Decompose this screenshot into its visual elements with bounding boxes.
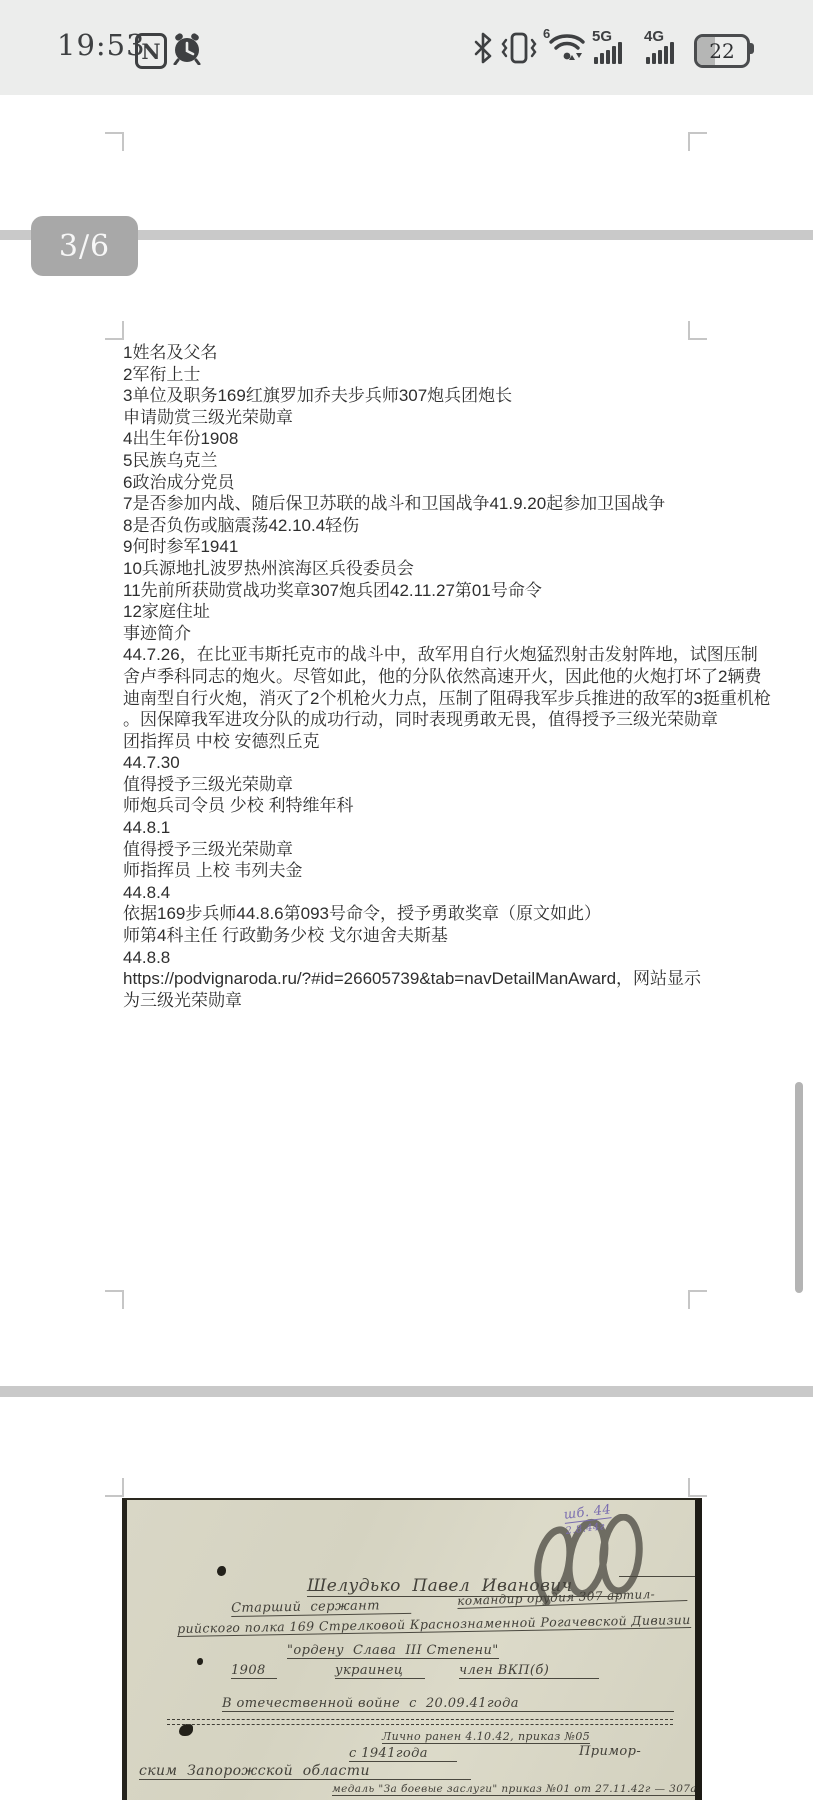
text-line: 44.8.4 [123,882,689,904]
text-line: 12家庭住址 [123,601,689,623]
text-line: 迪南型自行火炮，消灭了2个机枪火力点，压制了阻碍我军步兵推进的敌军的3挺重机枪 [123,688,689,710]
handwriting-line: медаль "За боевые заслуги" приказ №01 от… [332,1783,702,1796]
vibrate-mode-icon [500,32,538,64]
crop-mark-page3-top-right [688,321,707,340]
4g-signal-icon: 4G [644,28,690,64]
text-line: 4出生年份1908 [123,428,689,450]
crop-mark-page4-top-left [105,1478,124,1497]
clock: 19:53 [57,28,146,62]
crop-mark-page3-bottom-right [688,1290,707,1309]
handwriting-line: Примор- [579,1744,641,1759]
handwriting-line: Старший сержант [231,1598,411,1617]
scrollbar-thumb[interactable] [795,1082,803,1293]
text-line: 44.8.8 [123,947,689,969]
battery-nub [749,43,754,54]
page-number-text: 3/6 [59,229,110,264]
ink-blot [179,1724,193,1736]
document-text-block: 1姓名及父名2军衔上士3单位及职务169红旗罗加乔夫步兵师307炮兵团炮长申请勋… [123,342,689,1011]
handwriting-line: украинец [335,1663,425,1679]
text-line: 9何时参军1941 [123,536,689,558]
text-line: 7是否参加内战、随后保卫苏联的战斗和卫国战争41.9.20起参加卫国战争 [123,493,689,515]
ink-dot [197,1658,203,1665]
scanned-award-document-image: шб. 442.8.44гШелудько Павел ИвановичСтар… [122,1498,702,1800]
page-number-badge: 3/6 [31,216,138,276]
text-line: 10兵源地扎波罗热州滨海区兵役委员会 [123,558,689,580]
text-line: 值得授予三级光荣勋章 [123,839,689,861]
text-line: 11先前所获勋赏战功奖章307炮兵团42.11.27第01号命令 [123,580,689,602]
crop-mark-page4-top-right [688,1478,707,1497]
text-line: 师指挥员 上校 韦列夫金 [123,860,689,882]
nfc-icon: N [135,33,167,69]
ruled-dashed-line [167,1719,673,1725]
text-line: 8是否负伤或脑震荡42.10.4轻伤 [123,515,689,537]
text-line: https://podvignaroda.ru/?#id=26605739&ta… [123,968,689,990]
text-line: 值得授予三级光荣勋章 [123,774,689,796]
word-mobile-document-viewer: { "status_bar": { "time": "19:53", "nfc_… [0,0,813,1800]
text-line: 44.8.1 [123,817,689,839]
text-line: 申请勋赏三级光荣勋章 [123,407,689,429]
page-separator-2 [0,1386,813,1397]
handwriting-line: член ВКП(б) [459,1663,599,1679]
text-line: 44.7.26，在比亚韦斯托克市的战斗中，敌军用自行火炮猛烈射击发射阵地，试图压… [123,644,689,666]
text-line: 1姓名及父名 [123,342,689,364]
crop-mark-page3-bottom-left [105,1290,124,1309]
handwriting-line: с 1941года [349,1746,457,1762]
ink-dot [217,1566,226,1576]
handwriting-line: "ордену Слава III Степени" [287,1643,499,1659]
text-line: 。因保障我军进攻分队的成功行动，同时表现勇敢无畏，值得授予三级光荣勋章 [123,709,689,731]
text-line: 依据169步兵师44.8.6第093号命令，授予勇敢奖章（原文如此） [123,903,689,925]
battery-indicator: 22 [694,34,750,68]
crop-mark-page2-bottom-right [688,132,707,151]
5g-signal-icon: 5G [592,28,638,64]
handwriting-line [619,1576,697,1577]
wifi-6-icon: 6 [545,26,587,66]
text-line: 3单位及职务169红旗罗加乔夫步兵师307炮兵团炮长 [123,385,689,407]
crop-mark-page3-top-left [105,321,124,340]
text-line: 师第4科主任 行政勤务少校 戈尔迪舍夫斯基 [123,925,689,947]
status-bar: 19:53 N 6 5G 4G [0,0,813,95]
handwriting-line: В отечественной войне с 20.09.41года [222,1696,674,1712]
text-line: 2军衔上士 [123,364,689,386]
handwriting-line: ским Запорожской области [139,1763,471,1780]
battery-percent: 22 [709,39,734,63]
alarm-clock-icon [172,33,202,65]
bluetooth-icon [473,32,493,64]
text-line: 为三级光荣勋章 [123,990,689,1012]
text-line: 团指挥员 中校 安德烈丘克 [123,731,689,753]
handwriting-line: 1908 [231,1663,277,1679]
handwriting-line: Лично ранен 4.10.42, приказ №05 [382,1730,590,1744]
text-line: 6政治成分党员 [123,472,689,494]
text-line: 舍卢季科同志的炮火。尽管如此，他的分队依然高速开火，因此他的火炮打坏了2辆费 [123,666,689,688]
crop-mark-page2-bottom-left [105,132,124,151]
text-line: 事迹简介 [123,623,689,645]
nfc-letter: N [141,41,160,62]
text-line: 44.7.30 [123,752,689,774]
text-line: 5民族乌克兰 [123,450,689,472]
text-line: 师炮兵司令员 少校 利特维年科 [123,795,689,817]
